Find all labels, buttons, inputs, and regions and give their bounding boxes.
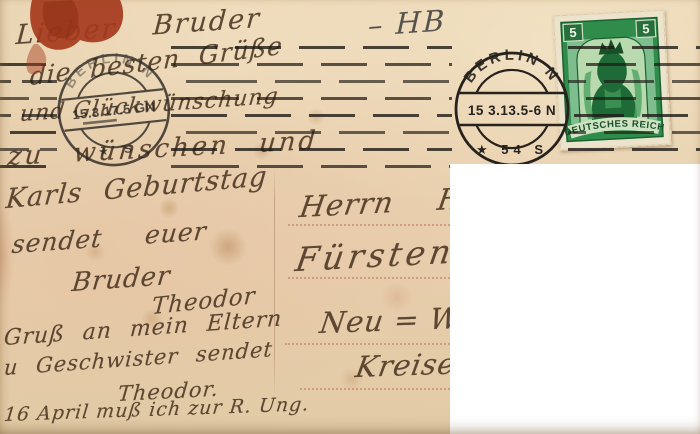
postmark-office: ★ 54 S — [476, 142, 548, 157]
message-line: 16 April muß ich zur R. Ung. — [3, 393, 311, 426]
pencil-annotation: – HB — [367, 3, 446, 43]
postmark-date: 15 3.13.5-6 N — [468, 103, 556, 118]
svg-text:BERLIN N: BERLIN N — [58, 45, 160, 92]
white-overlay-rectangle — [450, 164, 700, 434]
svg-text:5: 5 — [569, 25, 577, 40]
address-line: Kreise — [353, 346, 459, 384]
denomination-tablet: 5 — [563, 23, 583, 41]
address-line: Fürsten — [293, 231, 458, 279]
svg-text:BERLIN N: BERLIN N — [461, 47, 564, 86]
address-line: Neu = W — [318, 301, 463, 340]
message-line: sendet euer — [10, 216, 208, 259]
postmark-office: ★ S — [97, 141, 138, 159]
address-dotted-line — [288, 224, 450, 226]
foxing-spot — [208, 228, 248, 266]
address-divider-line — [274, 168, 275, 400]
postmark-city-label: BERLIN N — [58, 45, 160, 92]
postmark-date: 15.3.17.5 GN — [72, 99, 156, 123]
address-dotted-line — [285, 343, 450, 345]
svg-text:5: 5 — [642, 21, 650, 36]
foxing-spot — [306, 108, 326, 126]
postmark-left: BERLIN N 15.3.17.5 GN ★ S — [48, 44, 180, 180]
address-dotted-line — [300, 388, 450, 390]
postcard-scan: Lieber Bruder die besten Grüße und Glück… — [0, 0, 700, 434]
postmark-city-label: BERLIN N — [461, 47, 564, 86]
denomination-tablet: 5 — [636, 20, 656, 38]
postmark-right: BERLIN N 15 3.13.5-6 N ★ 54 S — [450, 47, 574, 175]
